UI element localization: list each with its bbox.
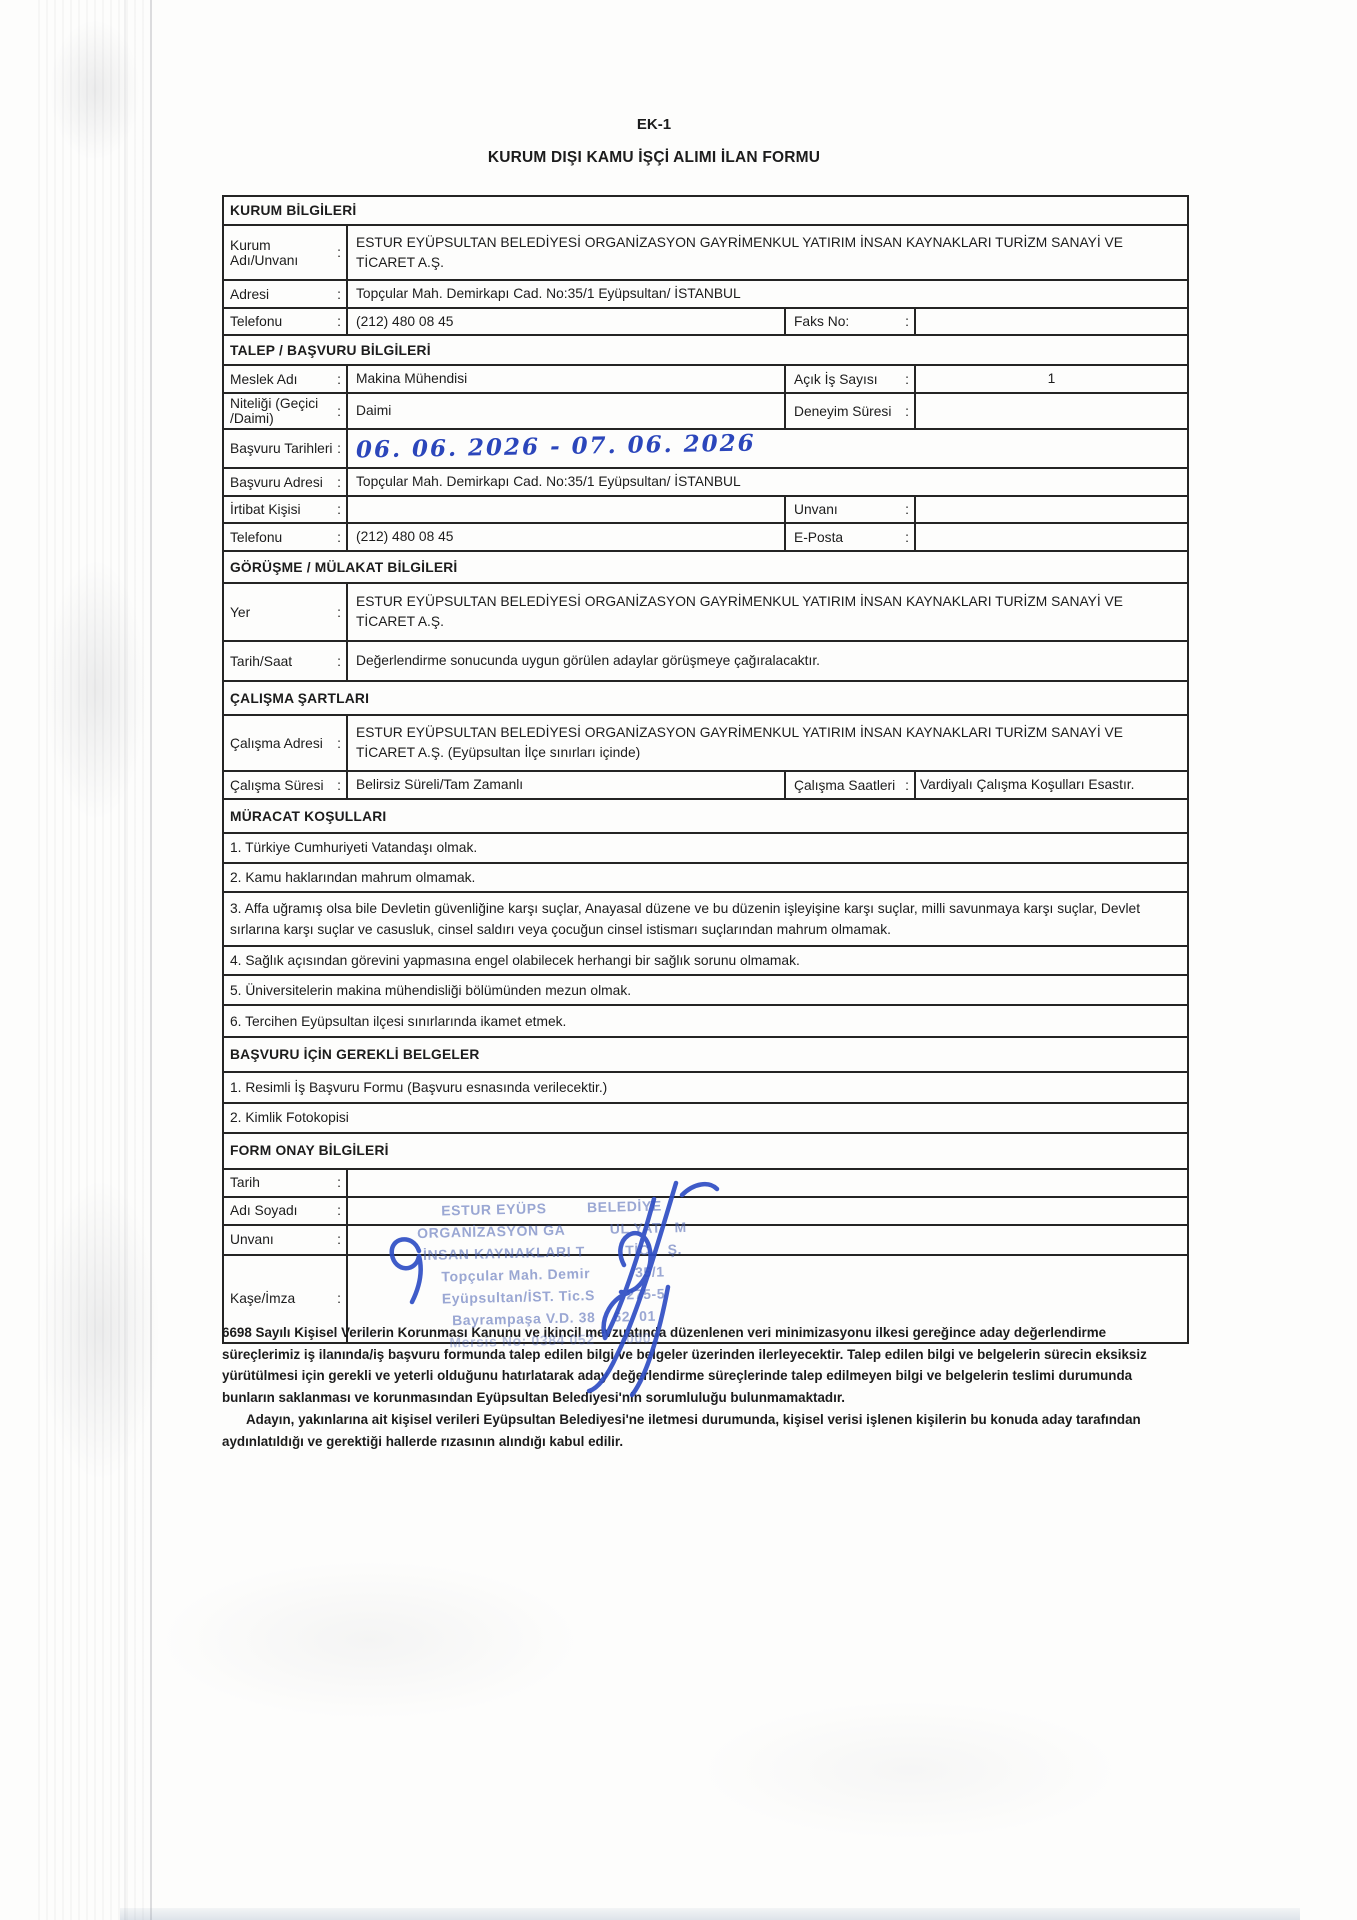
row-meslek: Meslek Adı Makina Mühendisi Açık İş Sayı…: [224, 364, 1187, 392]
colon: [905, 778, 909, 793]
row-basvuru-tarihleri: Başvuru Tarihleri 06. 06. 2026 - 07. 06.…: [224, 428, 1187, 467]
form-table: KURUM BİLGİLERİ Kurum Adı/Unvanı ESTUR E…: [222, 195, 1189, 1344]
field-value: 1: [914, 366, 1187, 392]
field-label: Unvanı: [784, 497, 914, 522]
label-text: E-Posta: [794, 530, 843, 545]
colon: [337, 475, 341, 490]
requirement-row: 3. Affa uğramış olsa bile Devletin güven…: [224, 891, 1187, 945]
section-header-kurum: KURUM BİLGİLERİ: [224, 197, 1187, 224]
colon: [905, 314, 909, 329]
colon: [337, 736, 341, 751]
colon: [337, 654, 341, 669]
colon: [337, 778, 341, 793]
field-label: Başvuru Adresi: [224, 469, 346, 495]
colon: [337, 245, 341, 260]
field-label: İrtibat Kişisi: [224, 497, 346, 522]
row-calisma-adresi: Çalışma Adresi ESTUR EYÜPSULTAN BELEDİYE…: [224, 714, 1187, 770]
field-label: E-Posta: [784, 524, 914, 550]
label-text: Başvuru Adresi: [230, 475, 323, 490]
row-basvuru-adresi: Başvuru Adresi Topçular Mah. Demirkapı C…: [224, 467, 1187, 495]
field-label: Kurum Adı/Unvanı: [224, 226, 346, 279]
document-row: 2. Kimlik Fotokopisi: [224, 1102, 1187, 1131]
field-value: Topçular Mah. Demirkapı Cad. No:35/1 Eyü…: [346, 281, 1187, 307]
scanned-form-page: EK-1 KURUM DIŞI KAMU İŞÇİ ALIMI İLAN FOR…: [0, 0, 1357, 1920]
row-nitelik: Niteliği (Geçici /Daimi) Daimi Deneyim S…: [224, 392, 1187, 428]
field-label: Açık İş Sayısı: [784, 366, 914, 392]
label-text: Başvuru Tarihleri: [230, 441, 333, 456]
colon: [905, 404, 909, 419]
field-value: Daimi: [346, 394, 784, 428]
scan-smudge: [160, 1560, 580, 1720]
label-text: Tarih: [230, 1175, 260, 1190]
field-value: [914, 524, 1187, 550]
colon: [337, 441, 341, 456]
field-label: Tarih/Saat: [224, 642, 346, 680]
requirement-text: 1. Türkiye Cumhuriyeti Vatandaşı olmak.: [224, 834, 1187, 861]
colon: [337, 605, 341, 620]
label-text: Kurum Adı/Unvanı: [230, 238, 337, 268]
label-text: Deneyim Süresi: [794, 404, 891, 419]
kvkk-paragraph-2: Adayın, yakınlarına ait kişisel verileri…: [222, 1409, 1170, 1452]
row-kurum-adi: Kurum Adı/Unvanı ESTUR EYÜPSULTAN BELEDİ…: [224, 224, 1187, 279]
document-text: 1. Resimli İş Başvuru Formu (Başvuru esn…: [224, 1073, 1187, 1102]
field-label: Çalışma Süresi: [224, 772, 346, 798]
label-text: Kaşe/İmza: [230, 1291, 295, 1306]
label-text: Adresi: [230, 287, 269, 302]
requirement-text: 3. Affa uğramış olsa bile Devletin güven…: [224, 893, 1187, 945]
field-value: Vardiyalı Çalışma Koşulları Esastır.: [914, 772, 1187, 798]
section-header-muracat: MÜRACAT KOŞULLARI: [224, 798, 1187, 832]
field-value: Değerlendirme sonucunda uygun görülen ad…: [346, 642, 1187, 680]
field-value: 06. 06. 2026 - 07. 06. 2026: [346, 430, 1187, 467]
requirement-text: 6. Tercihen Eyüpsultan ilçesi sınırların…: [224, 1006, 1187, 1036]
field-value: (212) 480 08 45: [346, 309, 784, 334]
colon: [905, 502, 909, 517]
field-label: Deneyim Süresi: [784, 394, 914, 428]
document-text: 2. Kimlik Fotokopisi: [224, 1104, 1187, 1131]
field-value: Makina Mühendisi: [346, 366, 784, 392]
field-label: Çalışma Saatleri: [784, 772, 914, 798]
colon: [337, 314, 341, 329]
scan-smudge: [46, 560, 146, 820]
label-text: İrtibat Kişisi: [230, 502, 301, 517]
colon: [905, 372, 909, 387]
label-text: Çalışma Süresi: [230, 778, 324, 793]
colon: [337, 404, 341, 419]
scan-artifact-fold-line-2: [124, 0, 126, 1920]
section-header-calisma: ÇALIŞMA ŞARTLARI: [224, 680, 1187, 714]
scan-smudge: [700, 1700, 1120, 1840]
label-text: Tarih/Saat: [230, 654, 292, 669]
handwritten-dates: 06. 06. 2026 - 07. 06. 2026: [356, 427, 756, 467]
section-header-belgeler: BAŞVURU İÇİN GEREKLİ BELGELER: [224, 1036, 1187, 1071]
label-text: Telefonu: [230, 314, 282, 329]
requirement-row: 2. Kamu haklarından mahrum olmamak.: [224, 862, 1187, 891]
signature-scribble: [324, 1169, 784, 1404]
field-label: Adresi: [224, 281, 346, 307]
label-text: Unvanı: [794, 502, 838, 517]
section-header-gorusme: GÖRÜŞME / MÜLAKAT BİLGİLERİ: [224, 550, 1187, 582]
label-text: Faks No:: [794, 314, 849, 329]
field-label: Başvuru Tarihleri: [224, 430, 346, 467]
requirement-row: 6. Tercihen Eyüpsultan ilçesi sınırların…: [224, 1004, 1187, 1036]
scan-artifact-fold-line: [150, 0, 152, 1920]
row-irtibat: İrtibat Kişisi Unvanı: [224, 495, 1187, 522]
label-text: Adı Soyadı: [230, 1203, 298, 1218]
row-calisma-suresi: Çalışma Süresi Belirsiz Süreli/Tam Zaman…: [224, 770, 1187, 798]
field-label: Meslek Adı: [224, 366, 346, 392]
requirement-row: 4. Sağlık açısından görevini yapmasına e…: [224, 945, 1187, 974]
field-value: [914, 394, 1187, 428]
requirement-text: 4. Sağlık açısından görevini yapmasına e…: [224, 947, 1187, 974]
label-text: Açık İş Sayısı: [794, 372, 878, 387]
document-header: EK-1 KURUM DIŞI KAMU İŞÇİ ALIMI İLAN FOR…: [0, 116, 1308, 167]
field-label: Faks No:: [784, 309, 914, 334]
field-label: Niteliği (Geçici /Daimi): [224, 394, 346, 428]
label-text: Çalışma Adresi: [230, 736, 323, 751]
field-label: Çalışma Adresi: [224, 716, 346, 770]
requirement-text: 2. Kamu haklarından mahrum olmamak.: [224, 864, 1187, 891]
field-value: ESTUR EYÜPSULTAN BELEDİYESİ ORGANİZASYON…: [346, 226, 1187, 279]
field-label: Telefonu: [224, 524, 346, 550]
requirement-row: 5. Üniversitelerin makina mühendisliği b…: [224, 974, 1187, 1004]
field-value: ESTUR EYÜPSULTAN BELEDİYESİ ORGANİZASYON…: [346, 716, 1187, 770]
scan-artifact-left-band: [38, 0, 156, 1920]
section-header-talep: TALEP / BAŞVURU BİLGİLERİ: [224, 334, 1187, 364]
field-value: [914, 309, 1187, 334]
row-telefon-eposta: Telefonu (212) 480 08 45 E-Posta: [224, 522, 1187, 550]
section-header-onay: FORM ONAY BİLGİLERİ: [224, 1132, 1187, 1168]
label-text: Yer: [230, 605, 250, 620]
colon: [337, 530, 341, 545]
field-value: ESTUR EYÜPSULTAN BELEDİYESİ ORGANİZASYON…: [346, 584, 1187, 640]
row-yer: Yer ESTUR EYÜPSULTAN BELEDİYESİ ORGANİZA…: [224, 582, 1187, 640]
colon: [337, 372, 341, 387]
field-value: (212) 480 08 45: [346, 524, 784, 550]
colon: [337, 502, 341, 517]
colon: [337, 287, 341, 302]
label-text: Unvanı: [230, 1232, 274, 1247]
label-text: Meslek Adı: [230, 372, 297, 387]
field-value: [914, 497, 1187, 522]
requirement-row: 1. Türkiye Cumhuriyeti Vatandaşı olmak.: [224, 832, 1187, 861]
field-label: Yer: [224, 584, 346, 640]
scan-smudge: [40, 1180, 160, 1480]
colon: [905, 530, 909, 545]
row-adresi: Adresi Topçular Mah. Demirkapı Cad. No:3…: [224, 279, 1187, 307]
field-label: Telefonu: [224, 309, 346, 334]
label-text: Çalışma Saatleri: [794, 778, 895, 793]
page-title: KURUM DIŞI KAMU İŞÇİ ALIMI İLAN FORMU: [0, 149, 1308, 167]
field-value: Topçular Mah. Demirkapı Cad. No:35/1 Eyü…: [346, 469, 1187, 495]
row-tarih-saat: Tarih/Saat Değerlendirme sonucunda uygun…: [224, 640, 1187, 680]
requirement-text: 5. Üniversitelerin makina mühendisliği b…: [224, 976, 1187, 1004]
annex-label: EK-1: [0, 116, 1308, 133]
document-row: 1. Resimli İş Başvuru Formu (Başvuru esn…: [224, 1071, 1187, 1102]
scan-artifact-bottom-band: [120, 1908, 1300, 1920]
field-value: [346, 497, 784, 522]
field-value: Belirsiz Süreli/Tam Zamanlı: [346, 772, 784, 798]
label-text: Niteliği (Geçici /Daimi): [230, 396, 337, 426]
label-text: Telefonu: [230, 530, 282, 545]
row-telefon-faks: Telefonu (212) 480 08 45 Faks No:: [224, 307, 1187, 334]
